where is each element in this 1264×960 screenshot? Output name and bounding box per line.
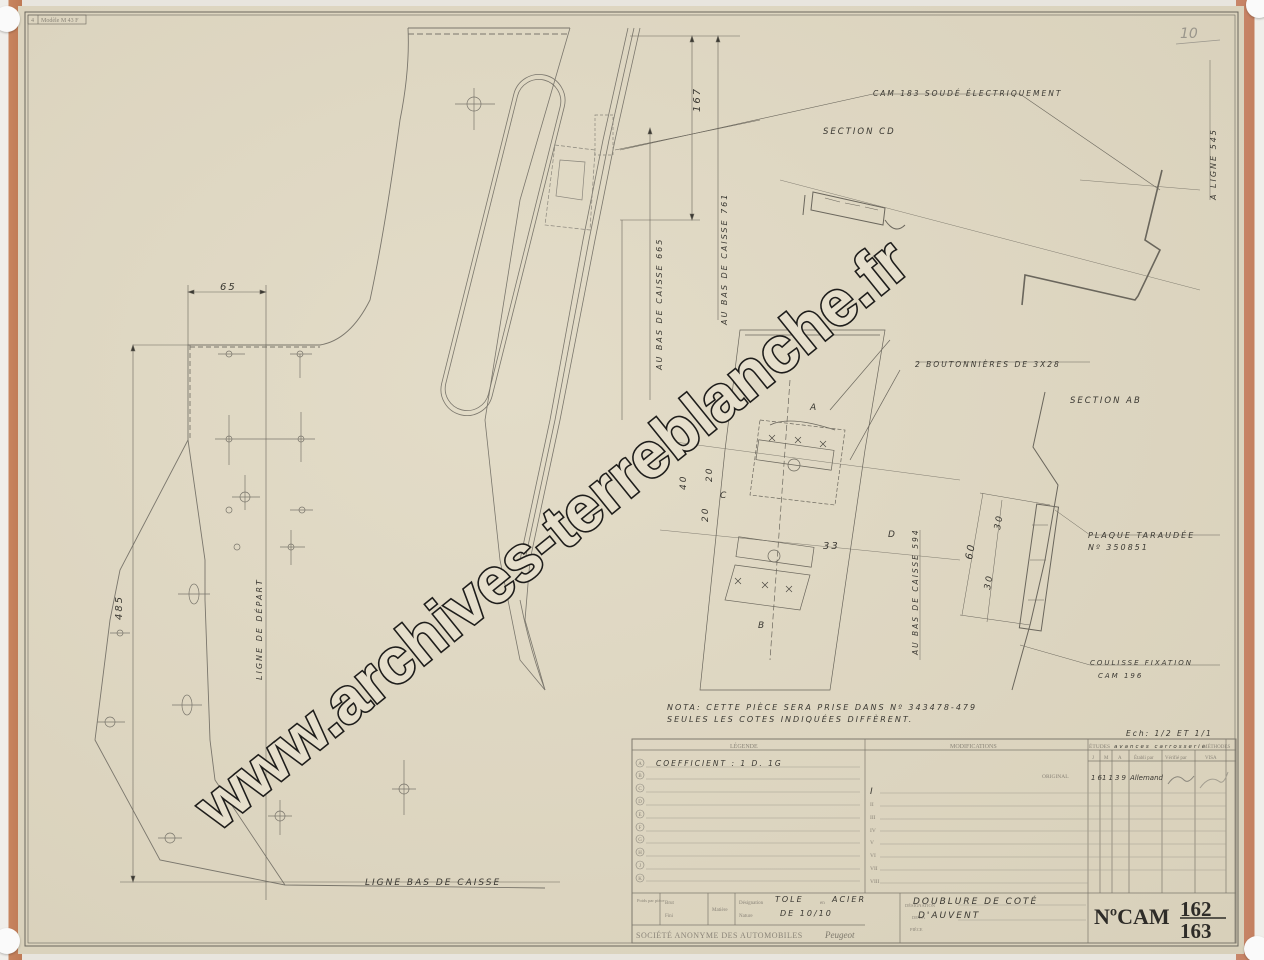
number-prefix: NºCAM [1094,904,1170,929]
oval-cutout [435,69,570,421]
legende-letter: F [639,826,642,831]
label-au-bas-594: AU BAS DE CAISSE 594 [911,528,920,656]
dim-33: 33 [823,541,840,552]
legende-header: LÉGENDE [730,742,758,750]
dim-65: 65 [220,282,237,293]
signature-visa [1200,772,1228,788]
legende-letter: C [638,787,642,792]
company-name: SOCIÉTÉ ANONYME DES AUTOMOBILES [636,930,803,940]
original-m: 11 [1102,774,1115,782]
dim-60: 60 [964,542,978,560]
svg-text:PIÈCE: PIÈCE [910,927,923,932]
modifications-rows: I II III IV V VI VII VIII [870,787,880,885]
modifications-header: MODIFICATIONS [950,744,997,750]
svg-text:V: V [870,840,874,846]
svg-text:III: III [870,815,876,821]
bracket-crosses [735,435,826,592]
svg-text:Nature: Nature [739,914,753,919]
matiere-designation: TOLE [775,895,804,904]
dim-20a: 20 [705,467,715,482]
etudes-subheader: avances carrosserie [1114,744,1207,750]
svg-text:Brut: Brut [665,901,675,906]
note-line-1: NOTA: CETTE PIÈCE SERA PRISE DANS Nº 343… [667,701,977,712]
signature-verifie [1168,776,1194,784]
col-etabli: Établi par [1134,755,1154,761]
svg-text:Désignation: Désignation [739,901,764,906]
svg-text:en: en [820,901,825,906]
label-ligne-depart: LIGNE DE DÉPART [253,578,264,680]
scale-label: Ech: 1/2 ET 1/1 [1126,729,1213,738]
col-j: J [1092,756,1094,761]
piece-info: Poids par pièce Brut Fini Matière Désign… [636,895,1038,940]
legende-letter: H [638,851,642,856]
matiere-nature: DE 10/10 [780,909,833,918]
legende-letter: K [638,877,642,882]
label-buttonholes: 2 BOUTONNIÈRES DE 3X28 [915,360,1061,369]
legende-letter: A [638,762,642,767]
col-m: M [1104,756,1109,761]
original-a: 39 [1115,774,1128,782]
piece-designation-2: D'AUVENT [918,911,980,921]
label-section-cd: SECTION CD [823,127,896,137]
svg-text:VI: VI [870,853,876,859]
col-a: A [1118,756,1122,761]
legende-letter: G [638,838,642,843]
arrow-a-label: A [809,403,818,413]
svg-text:I: I [870,787,875,797]
legende-letter: D [638,800,642,805]
label-section-ab: SECTION AB [1070,396,1142,406]
dim-30b: 30 [983,574,996,591]
dim-30a: 30 [993,514,1006,531]
legende-letter: E [638,813,641,818]
col-visa: VISA [1205,756,1217,761]
section-ab-profile [960,392,1220,690]
svg-text:II: II [870,802,874,808]
piece-designation-1: DOUBLURE DE COTÉ [913,895,1038,907]
svg-text:VIII: VIII [870,879,880,885]
model-label: Modèle M 43 F [41,18,79,24]
label-plaque-1: PLAQUE TARAUDÉE [1088,529,1195,540]
dim-167: 167 [692,87,703,112]
label-cam-183: CAM 183 SOUDÉ ÉLECTRIQUEMENT [873,89,1062,98]
watermark: www.archives-terreblanche.fr [181,224,922,843]
matiere-en: ACIER [831,895,866,904]
svg-text:Matière: Matière [712,908,728,913]
corner-number: 10 [1180,26,1198,42]
number-bottom: 163 [1180,919,1212,943]
arrow-d-label: D [888,530,897,540]
note-line-2: SEULES LES COTES INDIQUÉES DIFFÈRENT. [667,713,913,724]
legende-rows: A B C D E F G H J K COEFFICIENT : 1 D. 1… [636,759,783,882]
legende-letter: J [639,864,641,869]
label-ligne-545: A LIGNE 545 [1209,128,1218,201]
label-ligne-bas-caisse: LIGNE BAS DE CAISSE [365,878,501,888]
svg-text:Fini: Fini [665,914,674,919]
methodes-header: MÉTHODES [1203,744,1230,750]
left-panel-outline [95,28,570,888]
svg-text:4: 4 [31,18,34,24]
dim-20b: 20 [701,507,711,522]
arrow-c-label: C [720,491,728,501]
label-au-bas-761: AU BAS DE CAISSE 761 [720,193,729,326]
dim-40: 40 [679,475,689,490]
label-coulisse-2: CAM 196 [1098,672,1143,680]
original-label: ORIGINAL [1042,774,1069,780]
model-label-box: 4 Modèle M 43 F [28,15,86,24]
etudes-header: ÉTUDES [1089,742,1110,750]
dim-485: 485 [114,595,125,620]
original-etabli: Allemand [1129,774,1164,782]
legende-row-a-text: COEFFICIENT : 1 D. 1G [656,759,783,768]
svg-text:IV: IV [870,828,876,834]
technical-drawing: 4 Modèle M 43 F 10 [0,0,1264,960]
col-verifie: Vérifié par [1165,756,1187,761]
label-plaque-2: Nº 350851 [1088,543,1149,552]
drawing-number: NºCAM 162 163 [1094,897,1226,943]
arrow-b-label: B [758,621,766,631]
svg-text:VII: VII [870,866,878,872]
label-coulisse-1: COULISSE FIXATION [1090,659,1193,667]
brand-logo: Peugeot [824,930,855,940]
label-au-bas-665: AU BAS DE CAISSE 665 [655,238,664,371]
svg-text:Poids par pièce: Poids par pièce [637,898,665,903]
legende-letter: B [638,774,642,779]
